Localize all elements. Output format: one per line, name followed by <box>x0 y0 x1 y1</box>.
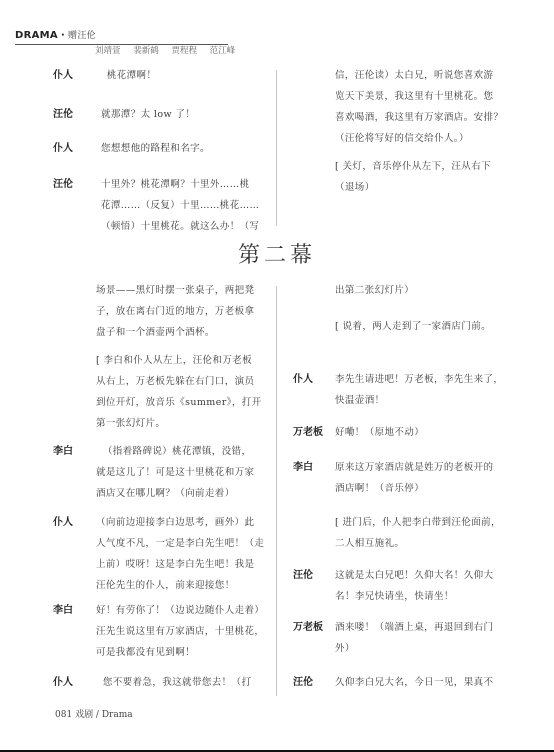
speaker-label: 仆人 <box>53 65 73 86</box>
dialogue-line: 就是这儿了！可是这十里桃花和万家 <box>96 462 254 483</box>
page-number: 081 <box>55 710 72 720</box>
speaker-label: 汪伦 <box>293 565 313 586</box>
dialogue-line: 名！李兄快请坐，快请坐！ <box>335 586 454 607</box>
dialogue-line: 久仰李白兄大名，今日一见，果真不 <box>335 672 493 693</box>
stage-direction: 从右上，万老板先躲在右门口，演员 <box>96 371 254 392</box>
stage-direction: [ 关灯，音乐停仆从左下，汪从右下 <box>335 156 491 177</box>
dialogue-line: 就那潭？太 low 了！ <box>101 104 195 125</box>
speaker-label: 汪伦 <box>53 104 73 125</box>
stage-direction: 二人相互施礼。 <box>335 533 404 554</box>
header-subtitle: 赠汪伦 <box>68 31 96 41</box>
dialogue-line: 快温壶酒！ <box>335 390 385 411</box>
author: 裴新鹤 <box>133 46 159 56</box>
author: 范江峰 <box>210 46 236 56</box>
dialogue-line: （指着路碑说）桃花潭镇，没错， <box>96 441 251 462</box>
page-footer: 081 戏剧 / Drama <box>55 707 133 720</box>
dialogue-line: 这就是太白兄吧！久仰大名！久仰大 <box>335 565 493 586</box>
stage-direction: [ 进门后，仆人把李白带到汪伦面前， <box>335 512 501 533</box>
stage-direction: [ 说着，两人走到了一家酒店门前。 <box>335 316 491 337</box>
speaker-label: 仆人 <box>53 672 73 693</box>
dialogue-line: （向前边迎接李白边思考，画外）此 <box>96 512 254 533</box>
header-separator: · <box>61 30 65 41</box>
author: 贾程程 <box>171 46 197 56</box>
running-header: DRAMA·赠汪伦 <box>15 30 228 45</box>
dialogue-line: 您不要着急，我这就带您去！（打 <box>96 672 251 693</box>
scene-description: 子，放在离右门近的地方，万老板拿 <box>96 301 254 322</box>
footer-section: 戏剧 / Drama <box>75 710 133 720</box>
header-brand: DRAMA <box>15 30 58 41</box>
dialogue-line: 您想想他的路程和名字。 <box>101 138 210 159</box>
speaker-label: 仆人 <box>293 369 313 390</box>
dialogue-line: 信，汪伦读）太白兄，听说您喜欢游 <box>335 65 493 86</box>
dialogue-line: 人气度不凡，一定是李白先生吧！（走 <box>96 533 264 554</box>
act-title: 第二幕 <box>0 238 554 269</box>
speaker-label: 仆人 <box>53 138 73 159</box>
stage-direction: 出第二张幻灯片） <box>335 280 414 301</box>
author-list: 刘靖萱 裴新鹤 贾程程 范江峰 <box>95 46 245 56</box>
dialogue-line: 上前）哎呀！这是李白先生吧！我是 <box>96 554 254 575</box>
dialogue-line: 原来这万家酒店就是姓万的老板开的 <box>335 457 493 478</box>
dialogue-line: 外） <box>335 638 355 659</box>
column-divider-bottom <box>276 286 277 696</box>
speaker-label: 汪伦 <box>53 174 73 195</box>
dialogue-line: 酒店又在哪儿啊？（向前走着） <box>96 483 235 504</box>
speaker-label: 汪伦 <box>293 672 313 693</box>
dialogue-line: 十里外？桃花潭啊？十里外……桃 <box>101 174 250 195</box>
scene-description: 盘子和一个酒壶两个酒杯。 <box>96 322 215 343</box>
dialogue-line: 览天下美景，我这里有十里桃花。您 <box>335 86 493 107</box>
speaker-label: 仆人 <box>53 512 73 533</box>
dialogue-line: （汪伦将写好的信交给仆人。） <box>335 128 469 149</box>
stage-direction: （退场） <box>335 177 375 198</box>
stage-direction: [ 李白和仆人从左上，汪伦和万老板 <box>96 350 252 371</box>
dialogue-line: 喜欢喝酒，我这里有万家酒店。安排？ <box>335 107 503 128</box>
dialogue-line: 好嘞！（原地不动） <box>335 422 424 443</box>
speaker-label: 李白 <box>53 600 73 621</box>
dialogue-line: 汪先生说这里有万家酒店，十里桃花， <box>96 621 264 642</box>
dialogue-line: 可是我都没有见到啊！ <box>96 642 195 663</box>
scene-description: 场景——黑灯时摆一张桌子，两把凳 <box>96 280 254 301</box>
column-divider-top <box>276 70 277 226</box>
dialogue-line: 酒来喽！（端酒上桌，再退回到右门 <box>335 617 493 638</box>
author: 刘靖萱 <box>95 46 121 56</box>
dialogue-line: 酒店啊！（音乐停） <box>335 478 424 499</box>
speaker-label: 万老板 <box>293 617 323 638</box>
speaker-label: 李白 <box>53 441 73 462</box>
speaker-label: 万老板 <box>293 422 323 443</box>
dialogue-line: （顿悟）十里桃花。就这么办！（写 <box>101 216 259 237</box>
dialogue-line: 花潭……（反复）十里……桃花…… <box>101 195 259 216</box>
header-brand-line: DRAMA·赠汪伦 <box>15 30 96 42</box>
dialogue-line: 李先生请进吧！万老板，李先生来了， <box>335 369 503 390</box>
stage-direction: 第一张幻灯片。 <box>96 413 165 434</box>
stage-direction: 到位开灯，放音乐《summer》，打开 <box>96 392 262 413</box>
speaker-label: 李白 <box>293 457 313 478</box>
dialogue-line: 汪伦先生的仆人，前来迎接您！ <box>96 575 235 596</box>
dialogue-line: 桃花潭啊！ <box>100 65 156 86</box>
dialogue-line: 好！有劳你了！（边说边随仆人走着） <box>96 600 264 621</box>
